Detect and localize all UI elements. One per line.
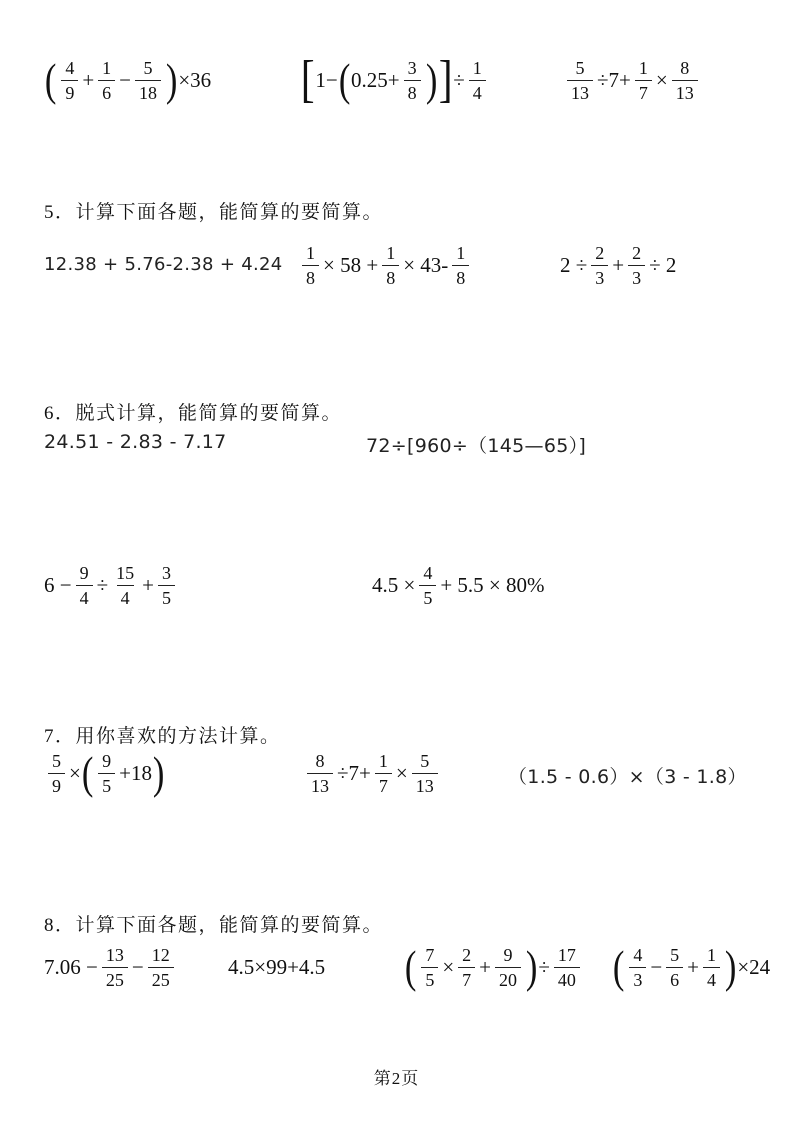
fraction-numerator: 1 [635, 59, 652, 80]
math-text: 4.5 × [372, 573, 415, 598]
question-7-title: 7．用你喜欢的方法计算。 [44, 721, 281, 748]
fraction: 95 [98, 752, 115, 795]
fraction: 513 [412, 752, 438, 795]
fraction-denominator: 4 [76, 585, 93, 607]
fraction-denominator: 6 [666, 967, 683, 989]
math-text: ÷7+ [337, 761, 371, 786]
fraction-denominator: 13 [567, 80, 593, 102]
fraction: 38 [404, 59, 421, 102]
fraction-numerator: 4 [419, 564, 436, 585]
fraction-denominator: 13 [307, 773, 333, 795]
fraction-denominator: 4 [117, 585, 134, 607]
math-text: 1− [315, 68, 337, 93]
expression-q7-3: （1.5 - 0.6）×（3 - 1.8） [508, 762, 747, 789]
math-bracket: ( [613, 946, 624, 987]
fraction: 154 [112, 564, 138, 607]
expression-q8-4: (43−56+14)×24 [612, 939, 770, 995]
fraction: 23 [628, 244, 645, 287]
expression-q5-3: 2 ÷23+23÷ 2 [560, 237, 676, 293]
fraction-denominator: 5 [98, 773, 115, 795]
fraction-denominator: 3 [628, 265, 645, 287]
math-text: − [132, 955, 144, 980]
fraction: 18 [302, 244, 319, 287]
expression-q6-1: 24.51 - 2.83 - 7.17 [44, 431, 227, 453]
expression-q6-2: 72÷[960÷（145—65）] [366, 431, 586, 458]
fraction: 17 [375, 752, 392, 795]
fraction-numerator: 5 [48, 752, 65, 773]
math-text: ÷ [97, 573, 109, 598]
fraction-denominator: 13 [672, 80, 698, 102]
expression-q7-1: 59×(95+18) [44, 745, 165, 801]
fraction: 14 [703, 946, 720, 989]
fraction-denominator: 7 [458, 967, 475, 989]
expression-q7-2: 813÷7+17×513 [303, 745, 442, 801]
fraction: 45 [419, 564, 436, 607]
math-bracket: ( [82, 752, 93, 793]
fraction-denominator: 5 [421, 967, 438, 989]
fraction-denominator: 18 [135, 80, 161, 102]
math-text: × [396, 761, 408, 786]
fraction-numerator: 8 [312, 752, 329, 773]
fraction-numerator: 2 [628, 244, 645, 265]
math-bracket: ) [526, 946, 537, 987]
math-text: ÷ [538, 955, 550, 980]
fraction-denominator: 5 [158, 585, 175, 607]
math-text: + [612, 253, 624, 278]
fraction-denominator: 8 [452, 265, 469, 287]
fraction-numerator: 15 [112, 564, 138, 585]
expression-q5-2: 18× 58 +18× 43-18 [298, 237, 473, 293]
fraction: 35 [158, 564, 175, 607]
fraction: 18 [382, 244, 399, 287]
expression-top-3: 513÷7+17×813 [563, 52, 702, 108]
fraction-numerator: 4 [629, 946, 646, 967]
math-text: + [479, 955, 491, 980]
fraction: 27 [458, 946, 475, 989]
math-text: × 43- [403, 253, 448, 278]
expression-q8-2: 4.5×99+4.5 [228, 939, 325, 995]
fraction-denominator: 8 [404, 80, 421, 102]
fraction-denominator: 13 [412, 773, 438, 795]
fraction-numerator: 3 [404, 59, 421, 80]
expression-top-1: (49+16−518)×36 [44, 52, 211, 108]
fraction-numerator: 1 [98, 59, 115, 80]
fraction-denominator: 8 [302, 265, 319, 287]
math-text: × [69, 761, 81, 786]
math-text: 6 − [44, 573, 72, 598]
math-text: 4.5×99+4.5 [228, 955, 325, 980]
fraction-numerator: 1 [375, 752, 392, 773]
expression-q5-1: 12.38 + 5.76-2.38 + 4.24 [44, 254, 283, 275]
fraction: 513 [567, 59, 593, 102]
fraction: 14 [469, 59, 486, 102]
math-text: ÷ 2 [649, 253, 676, 278]
fraction: 920 [495, 946, 521, 989]
fraction: 17 [635, 59, 652, 102]
fraction-denominator: 4 [469, 80, 486, 102]
question-8-title: 8．计算下面各题，能简算的要简算。 [44, 910, 383, 937]
fraction-denominator: 40 [554, 967, 580, 989]
page-number: 第2页 [0, 1064, 793, 1089]
math-text: × 58 + [323, 253, 378, 278]
fraction: 56 [666, 946, 683, 989]
math-text: +18 [119, 761, 152, 786]
math-bracket: ) [153, 752, 164, 793]
math-text: + 5.5 × 80% [440, 573, 544, 598]
fraction-denominator: 3 [591, 265, 608, 287]
fraction: 18 [452, 244, 469, 287]
fraction-denominator: 4 [703, 967, 720, 989]
math-bracket: ) [426, 59, 437, 100]
math-bracket: ) [166, 59, 177, 100]
fraction-numerator: 3 [158, 564, 175, 585]
math-text: + [82, 68, 94, 93]
fraction-numerator: 1 [469, 59, 486, 80]
math-bracket: ( [45, 59, 56, 100]
math-text: ×24 [737, 955, 770, 980]
fraction-denominator: 8 [382, 265, 399, 287]
math-text: 0.25+ [351, 68, 400, 93]
question-6-title: 6．脱式计算，能简算的要简算。 [44, 398, 342, 425]
fraction-numerator: 13 [102, 946, 128, 967]
expression-q8-3: (75×27+920)÷1740 [404, 939, 584, 995]
fraction-denominator: 7 [635, 80, 652, 102]
fraction-numerator: 1 [703, 946, 720, 967]
fraction: 518 [135, 59, 161, 102]
math-text: × [442, 955, 454, 980]
math-bracket: ] [439, 57, 453, 104]
fraction-denominator: 3 [629, 967, 646, 989]
fraction: 23 [591, 244, 608, 287]
question-5-title: 5．计算下面各题，能简算的要简算。 [44, 197, 383, 224]
fraction-numerator: 1 [452, 244, 469, 265]
fraction-denominator: 5 [419, 585, 436, 607]
expression-q6-4: 4.5 ×45+ 5.5 × 80% [372, 557, 545, 613]
math-text: 7.06 − [44, 955, 98, 980]
fraction-denominator: 25 [102, 967, 128, 989]
math-text: ×36 [178, 68, 211, 93]
math-text: + [687, 955, 699, 980]
math-bracket: [ [301, 57, 315, 104]
fraction: 1325 [102, 946, 128, 989]
fraction-denominator: 9 [61, 80, 78, 102]
math-text: ÷7+ [597, 68, 631, 93]
fraction-numerator: 5 [140, 59, 157, 80]
fraction: 16 [98, 59, 115, 102]
fraction-denominator: 9 [48, 773, 65, 795]
fraction: 59 [48, 752, 65, 795]
fraction-numerator: 5 [416, 752, 433, 773]
fraction: 43 [629, 946, 646, 989]
math-text: − [119, 68, 131, 93]
fraction: 1740 [554, 946, 580, 989]
math-bracket: ) [725, 946, 736, 987]
expression-top-2: [1−(0.25+38)]÷14 [300, 52, 490, 108]
math-text: × [656, 68, 668, 93]
math-bracket: ( [405, 946, 416, 987]
math-bracket: ( [339, 59, 350, 100]
fraction-numerator: 9 [500, 946, 517, 967]
fraction-denominator: 20 [495, 967, 521, 989]
expression-q8-1: 7.06 −1325−1225 [44, 939, 178, 995]
fraction: 813 [307, 752, 333, 795]
fraction-denominator: 7 [375, 773, 392, 795]
math-text: + [142, 573, 154, 598]
fraction-numerator: 9 [76, 564, 93, 585]
fraction-numerator: 1 [302, 244, 319, 265]
fraction-numerator: 4 [61, 59, 78, 80]
fraction-numerator: 5 [666, 946, 683, 967]
fraction-numerator: 9 [98, 752, 115, 773]
fraction: 94 [76, 564, 93, 607]
fraction-numerator: 17 [554, 946, 580, 967]
fraction: 813 [672, 59, 698, 102]
fraction-numerator: 8 [676, 59, 693, 80]
math-text: ÷ [453, 68, 465, 93]
fraction-numerator: 2 [591, 244, 608, 265]
fraction-numerator: 2 [458, 946, 475, 967]
math-text: 2 ÷ [560, 253, 587, 278]
fraction: 49 [61, 59, 78, 102]
fraction-denominator: 6 [98, 80, 115, 102]
worksheet-page: (49+16−518)×36 [1−(0.25+38)]÷14 513÷7+17… [0, 0, 793, 1122]
fraction-numerator: 1 [382, 244, 399, 265]
fraction-numerator: 5 [572, 59, 589, 80]
math-text: − [650, 955, 662, 980]
fraction-numerator: 12 [148, 946, 174, 967]
fraction-numerator: 7 [421, 946, 438, 967]
expression-q6-3: 6 −94÷154+35 [44, 557, 179, 613]
fraction: 1225 [148, 946, 174, 989]
fraction: 75 [421, 946, 438, 989]
fraction-denominator: 25 [148, 967, 174, 989]
